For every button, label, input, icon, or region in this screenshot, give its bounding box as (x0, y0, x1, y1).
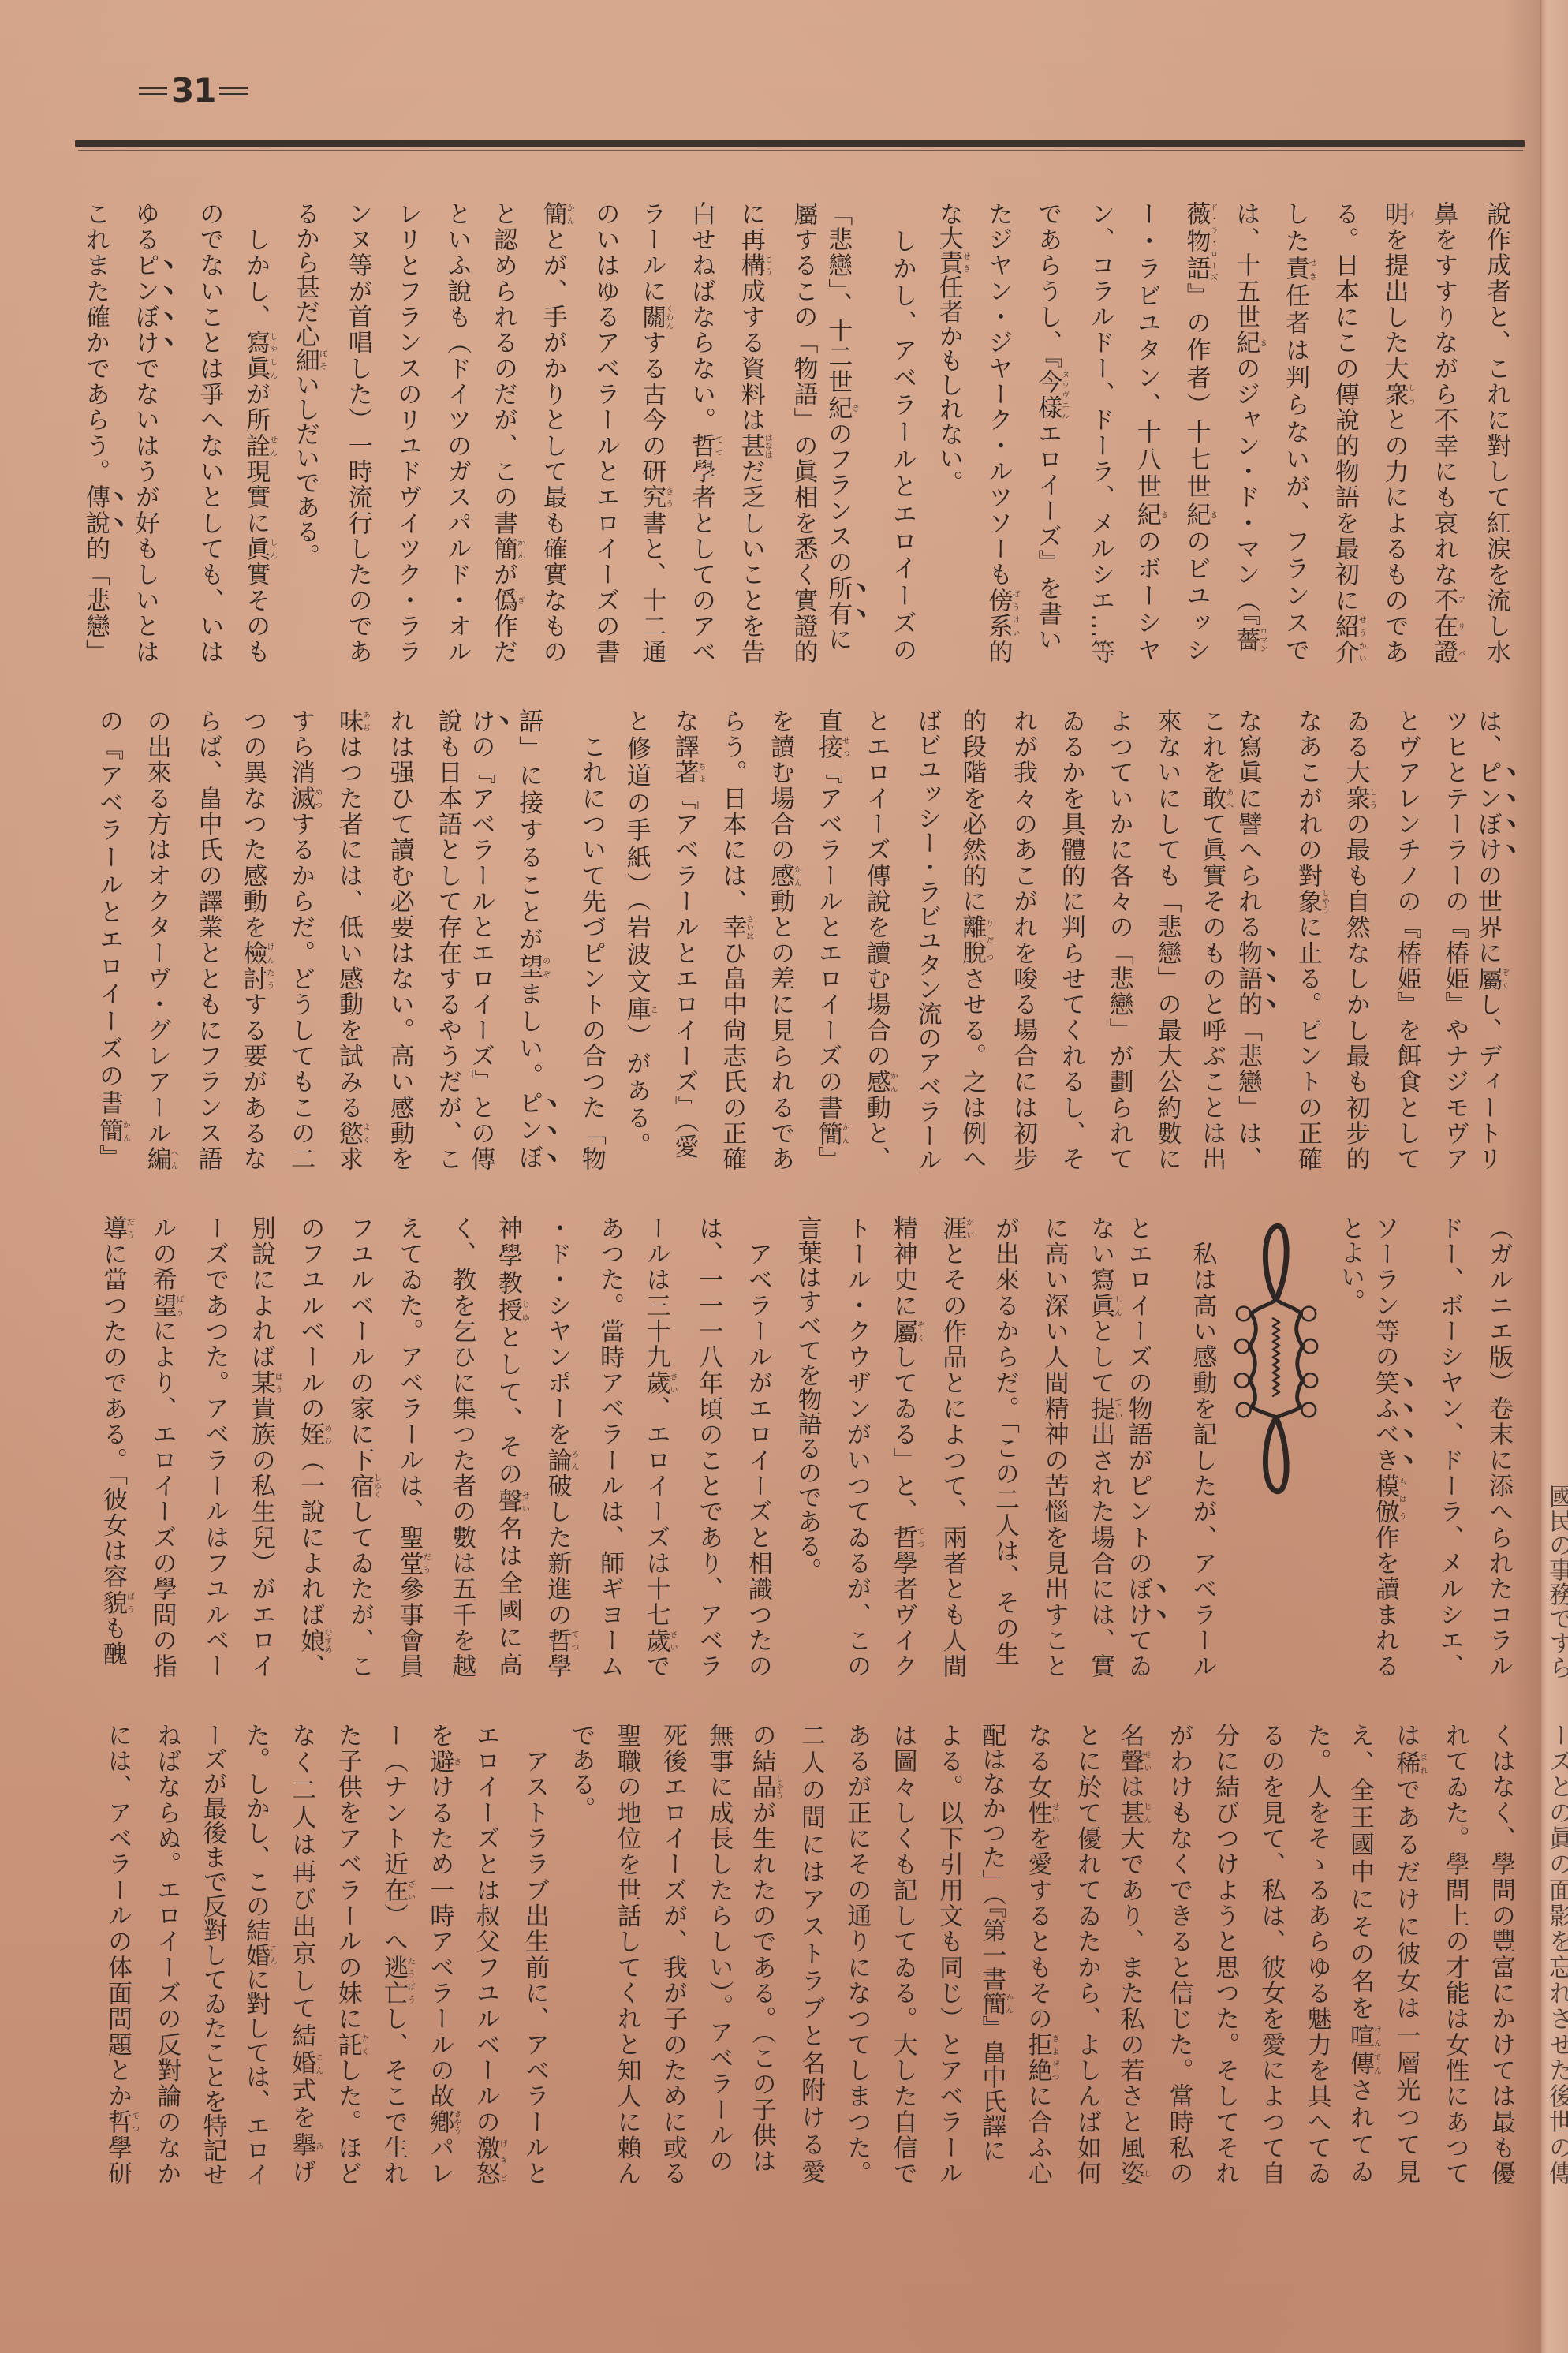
text-column: のいはゆるアベラールとエロイーズの書 (588, 201, 623, 665)
text-column: （ガルニエ版）卷末に添へられたコラル (1481, 1216, 1516, 1679)
facing-page-edge-column: ーズとの眞の面影を忘れさせた後世の傳 (1541, 1723, 1568, 2187)
text-column: は、一一一八年頃のことであり、アベラ (691, 1216, 726, 1679)
text-column: レリとフランスのリユドヴイツク・ララ (390, 201, 425, 665)
text-column: した責せき任者は判らないが、フランスで (1281, 201, 1316, 665)
text-column: 「悲戀」、十二世紀きのフランスの所有に (835, 201, 870, 665)
text-column: しかし、アベラールとエロイーズの (885, 201, 920, 665)
text-column: よつていかに各々の「悲戀」が劃られて (1102, 708, 1137, 1172)
text-column: ー（ナント近在ざい）へ逃亡たうばうし、そこで生れ (379, 1723, 414, 2187)
text-column: な大責せき任者かもしれない。 (935, 201, 969, 665)
text-column: と修道の手紙）（岩波文庫こ）がある。 (622, 708, 657, 1172)
text-column: 名聲せいは甚じん大であり、また私の若さと風姿し (1115, 1723, 1150, 2187)
text-column: よる。以下引用文も同じ）とアベラール (931, 1723, 966, 2187)
text-column: た子供をアベラールの妹に託たくした。ほど (334, 1723, 368, 2187)
text-column: 精神史に屬ぞくしてゐる」と、哲てつ學者ヴイク (889, 1216, 924, 1679)
text-column: あつた。當時アベラールは、師ギヨーム (592, 1216, 627, 1679)
text-column: 無事に成長したらしい）。アベラールの (701, 1723, 736, 2187)
text-column: 說作成者と、これに對して紅涙を流し水 (1479, 201, 1514, 665)
text-column: ールは三十九歲さい、エロイーズは十七歲さいで (642, 1216, 677, 1679)
text-column: ・ド・シヤンポーを論ろん破した新進の哲てつ學 (543, 1216, 577, 1679)
text-column: 說も日本語として存在するやうだが、こ (431, 708, 465, 1172)
text-column: あるが正にその通りになつてしまつた。 (839, 1723, 874, 2187)
text-column: なる女性せいを愛するともその拒絶きよぜつに合ふ心 (1024, 1723, 1058, 2187)
text-column: 簡かんとが、手がかりとして最も確實なもの (539, 201, 573, 665)
text-column: には、アベラールの体面問題とか哲てつ學研 (103, 1723, 138, 2187)
text-column: 聖職の地位を世話してくれと知人に賴ん (610, 1723, 644, 2187)
text-column: とに於て優れてゐたから、よしんば如何 (1070, 1723, 1104, 2187)
text-column: アベラールがエロイーズと相識つたの (741, 1216, 775, 1679)
text-column: なく二人は再び出京して結婚こん式を擧あげ (287, 1723, 322, 2187)
text-column: くはなく、學問の豐富にかけては最も優 (1484, 1723, 1518, 2187)
text-column: 屬するこの「物語」の眞相を悉く實證的 (786, 201, 821, 665)
text-column: がわけもなくできると信じた。當時私の (1162, 1723, 1197, 2187)
text-column: トール・クウザンがいつてゐるが、この (839, 1216, 874, 1679)
text-column: え、全王國中にその名を喧傳けんでんされてゐ (1346, 1723, 1380, 2187)
text-column: 直接せつ『アベラールとエロイーズの書簡かん』 (814, 708, 849, 1172)
text-column: は、ピンぼけの世界に屬ぞくし、ディートリ (1485, 708, 1520, 1172)
text-column: れてゐた。學問上の才能は女性にあつて (1438, 1723, 1473, 2187)
text-column: 涯がいとその作品とによつて、兩者とも人間 (938, 1216, 973, 1679)
text-column: とエロイーズの物語がピントのぼけてゐ (1136, 1216, 1170, 1679)
text-column: を避さけるため一時アベラールの故鄕きやうパレ (425, 1723, 460, 2187)
text-column: しかし、寫眞しやしんが所詮せん現實に眞しん實そのも (241, 201, 276, 665)
text-column: に再構こう成する資料は甚はなはだ乏しいことを告 (737, 201, 771, 665)
text-column: 來ないにしても「悲戀」の最大公約數に (1149, 708, 1184, 1172)
text-column: エロイーズとは叔父フユルベールの激怒げきど (472, 1723, 506, 2187)
text-column: これについて先づピントの合つた「物 (574, 708, 609, 1172)
text-column: 死後エロイーズが、我が子のために或る (655, 1723, 690, 2187)
text-column: に高い深い人間精神の苦惱を見出すこと (1037, 1216, 1072, 1679)
text-column: ねばならぬ。エロイーズの反對論のなか (149, 1723, 184, 2187)
text-column: ン、コラルドー、ドーラ、メルシエ…等 (1083, 201, 1118, 665)
text-column: ソーラン等の笑ふべき模倣もはう作を讀まれる (1383, 1216, 1417, 1679)
flourish-ornament-ic​on (1230, 1219, 1323, 1499)
text-column: が出來るからだ。「この二人は、その生 (987, 1216, 1022, 1679)
text-column: 導だうに當つたのである。「彼女は容貌ばうも醜 (99, 1216, 133, 1679)
text-column: であらうし、『今樣ヌウヴエルエロイーズ』を書い (1033, 201, 1068, 665)
text-column: るから甚だ心細ぼそいしだいである。 (291, 201, 326, 665)
text-column: を讀む場合の感かん動との差に見られるであ (766, 708, 801, 1172)
text-column: の『アベラールとエロイーズの書簡かん』 (95, 708, 129, 1172)
text-column: な譯著ちよ『アベラールとエロイーズ』（愛 (670, 708, 705, 1172)
text-column: 分に結びつけようと思つた。そしてそれ (1208, 1723, 1242, 2187)
text-column: けの『アベラールとエロイーズ』との傳 (478, 708, 513, 1172)
text-column: のでないことは爭へないとしても、いは (192, 201, 227, 665)
text-column: の出來る方はオクターヴ・グレアール編へん (143, 708, 177, 1172)
text-column: 私は高い感動を記したが、アベラール (1185, 1216, 1219, 1679)
text-column: る。日本にこの傳說的物語を最初に紹介せうかい (1331, 201, 1365, 665)
text-column: 別說によれば某ばう貴族の私生兒）がエロイ (247, 1216, 282, 1679)
text-column: と認められるのだが、この書簡かんが僞ぎ作だ (489, 201, 524, 665)
text-column: の結晶しやうが生れたのである。（この子供は (748, 1723, 782, 2187)
text-column: 言葉はすべてを物語るのである。 (790, 1216, 825, 1679)
text-column: れが我々のあこがれを唆る場合には初步 (1006, 708, 1040, 1172)
article-body: 說作成者と、これに對して紅涙を流し水鼻をすすりながら不幸にも哀れな不在證アリバ明… (0, 0, 1568, 2353)
text-column: ゆるピンぼけでないはうが好もしいとは (143, 201, 177, 665)
text-column: た。人をそゝるあらゆる魅力を具へてゐ (1300, 1723, 1335, 2187)
text-column: とよい。 (1333, 1216, 1368, 1679)
text-column: である。 (563, 1723, 598, 2187)
text-column: これまた確かであらう。傳說的「悲戀」 (93, 201, 128, 665)
text-column: のフユルベールの姪めひ（一說によれば娘むすめ、 (296, 1216, 330, 1679)
text-column: えてゐた。アベラールは、聖堂だう參事會員 (395, 1216, 430, 1679)
text-column: 鼻をすすりながら不幸にも哀れな不在證アリバ (1429, 201, 1464, 665)
text-column: ゐるかを具體的に判らせてくれるし、そ (1054, 708, 1088, 1172)
text-column: ーズであつた。アベラールはフユルベー (197, 1216, 232, 1679)
text-column: らう。日本には、幸さいはひ畠中尙志氏の正確 (718, 708, 752, 1172)
text-column: ツヒとテーラーの『椿姫』やナジモヴア (1437, 708, 1472, 1172)
text-column: 神學教授じゆとして、その聲せい名は全國に高 (494, 1216, 528, 1679)
text-column: は稀まれであるだけに彼女は一層光つて見 (1391, 1723, 1426, 2187)
text-column: た。しかし、この結婚こんに對しては、エロイ (241, 1723, 276, 2187)
text-column: 的段階を必然的に離脫りだつさせる。之は例へ (958, 708, 992, 1172)
text-column: といふ說も（ドイツのガスパルド・オル (439, 201, 474, 665)
text-column: つの異なつた感動を檢討けんたうする要があるな (238, 708, 273, 1172)
text-column: は、十五世紀きのジャン・ド・マン（『薔ロマン (1231, 201, 1266, 665)
text-column: ンヌ等が首唱した）一時流行したのであ (341, 201, 375, 665)
text-column: は圖々しくも記してゐる。大した自信で (886, 1723, 920, 2187)
text-column: く、教を乞ひに集つた者の數は五千を越 (444, 1216, 479, 1679)
text-column: なあこがれの對象しやうに止る。ピントの正確 (1294, 708, 1328, 1172)
text-column: とエロイーズ傳說を讀む場合の感かん動と、 (862, 708, 897, 1172)
facing-page-edge-column: 國民の事務ですら (1541, 1216, 1568, 1679)
text-column: これを敢あへて眞實そのものと呼ぶことは出 (1197, 708, 1232, 1172)
text-column: ない寫眞しんとして提てい出された場合には、實 (1086, 1216, 1121, 1679)
text-column: 白せねばならない。哲てつ學者としてのアベ (687, 201, 722, 665)
text-column: 語」に接することが望のぞましい。ピンぼ (526, 708, 561, 1172)
text-column: 配はなかつた」（『第一書簡かん』畠中氏譯に (977, 1723, 1012, 2187)
text-column: ばビユッシー・ラビユタン流のアベラール (909, 708, 944, 1172)
text-column: ー・ラビユタン、十八世紀きのボーシヤ (1133, 201, 1167, 665)
text-column: フユルベールの家に下宿しゆくしてゐたが、こ (345, 1216, 380, 1679)
text-column: らば、畠中氏の譯業とともにフランス語 (191, 708, 226, 1172)
text-column: ラールに關くわんする古今の研究きう書と、十二通 (637, 201, 672, 665)
text-column: 明イを提出した大衆しうとの力によるものであ (1380, 201, 1415, 665)
text-column: るのを見て、私は、彼女を愛によつて自 (1253, 1723, 1288, 2187)
text-column: 薇物語ド・ラ・ローズ』の作者）十七世紀きのビユッシ (1182, 201, 1217, 665)
text-column: ゐる大衆しうの最も自然なしかし最も初步的 (1342, 708, 1376, 1172)
text-column: 味あぢはつた者には、低い感動を試みる慾よく求 (334, 708, 369, 1172)
text-column: たジヤン・ジヤーク・ルツソーも傍系ばうけい的 (984, 201, 1019, 665)
text-column: アストララブ出生前に、アベラールと (517, 1723, 552, 2187)
text-column: な寫眞に譬へられる物語的「悲戀」は、 (1245, 708, 1280, 1172)
text-column: 二人の間にはアストラブと名附ける愛 (793, 1723, 828, 2187)
text-column: とヴアレンチノの『椿姫』を餌食として (1389, 708, 1424, 1172)
text-column: すら消滅めつするからだ。どうしてもこの二 (286, 708, 321, 1172)
text-column: れは强ひて讀む必要はない。高い感動を (383, 708, 417, 1172)
text-column: ーズが最後まで反對してゐたことを特記せ (196, 1723, 230, 2187)
text-column: ドー、ボーシヤン、ドーラ、メルシエ、 (1432, 1216, 1466, 1679)
text-column: ルの希望ばうにより、エロイーズの學問の指 (148, 1216, 183, 1679)
